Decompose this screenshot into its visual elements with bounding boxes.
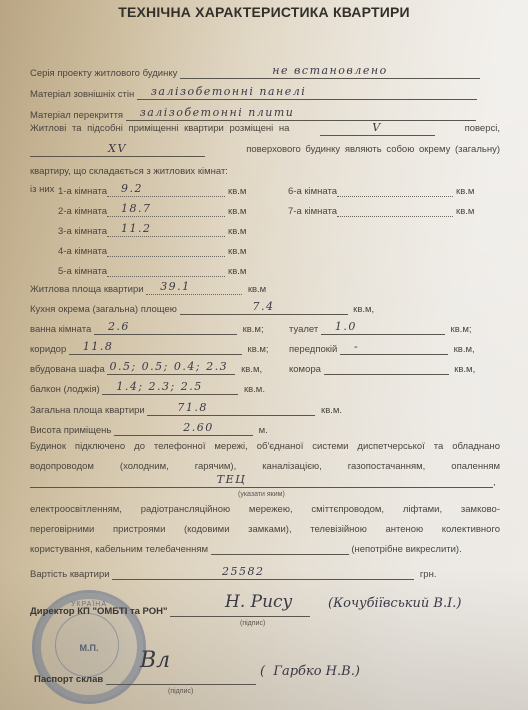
room-row: 2-а кімната18.7кв.м	[58, 204, 246, 217]
floor-slabs-field: залізобетонні плити	[126, 108, 476, 121]
closet-field: 0.5; 0.5; 0.4; 2.3	[107, 362, 235, 375]
total-area-label: Загальна площа квартири	[30, 405, 145, 416]
room-unit: кв.м	[228, 246, 246, 257]
ceiling-height-row: Висота приміщень 2.60 м.	[30, 423, 268, 436]
room-row: 3-а кімната11.2кв.м	[58, 224, 246, 237]
corridor-unit: кв.м;	[248, 344, 269, 355]
director-signature-note: (підпис)	[240, 620, 265, 627]
room-row: 4-а кімнатакв.м	[58, 244, 246, 257]
utilities-line-3: електроосвітленням, радіотрансляційною м…	[30, 504, 500, 515]
room-label: 4-а кімната	[58, 246, 107, 257]
heating-note: (указати яким)	[238, 491, 285, 498]
floor-slabs-value: залізобетонні плити	[126, 106, 476, 119]
storeys-value: XV	[30, 142, 205, 155]
corridor-value: 11.8	[69, 340, 242, 353]
total-area-row: Загальна площа квартири 71.8 кв.м.	[30, 403, 342, 416]
ceiling-height-label: Висота приміщень	[30, 425, 111, 436]
location-row-3: квартиру, що складається з житлових кімн…	[30, 166, 228, 177]
bathroom-field: 2.6	[94, 322, 237, 335]
cable-tv-field	[211, 542, 349, 555]
room-label: 2-а кімната	[58, 206, 107, 217]
corridor-field: 11.8	[69, 342, 242, 355]
balcony-row: балкон (лоджія) 1.4; 2.3; 2.5 кв.м.	[30, 382, 265, 395]
floor-slabs-label: Матеріал перекриття	[30, 110, 123, 121]
corridor-label: коридор	[30, 344, 66, 355]
room-row: 5-а кімнатакв.м	[58, 264, 246, 277]
outer-walls-value: залізобетонні панелі	[137, 85, 477, 98]
compiler-signature-field	[106, 672, 256, 685]
storeys-field: XV	[30, 144, 205, 157]
room-unit: кв.м	[228, 266, 246, 277]
cost-label: Вартість квартири	[30, 569, 110, 580]
room-value: 9.2	[107, 182, 225, 195]
floor-field: V	[320, 123, 435, 136]
cost-value: 25582	[112, 565, 414, 578]
compiler-name: ( Гарбко Н.В.)	[260, 664, 360, 679]
storage-field	[324, 362, 449, 375]
outer-walls-field: залізобетонні панелі	[137, 87, 477, 100]
storage-label: комора	[289, 364, 321, 375]
closet-unit: кв.м,	[241, 364, 262, 375]
storeys-suffix: поверхового будинку являють собою окрему…	[246, 144, 500, 157]
room-unit: кв.м	[228, 226, 246, 237]
room-field: 11.2	[107, 224, 225, 237]
room-field: 18.7	[107, 204, 225, 217]
hallway-value: -	[340, 340, 448, 353]
ceiling-height-unit: м.	[259, 425, 268, 436]
total-area-value: 71.8	[147, 401, 315, 414]
room-label: 7-а кімната	[288, 206, 337, 217]
hallway-unit: кв.м,	[454, 344, 475, 355]
ceiling-height-field: 2.60	[114, 423, 253, 436]
total-area-unit: кв.м.	[321, 405, 342, 416]
director-name: (Кочубіївський В.І.)	[328, 596, 461, 611]
cross-out-note: (непотрібне викреслити).	[351, 544, 461, 555]
project-series-row: Серія проекту житлового будинку не встан…	[30, 66, 480, 79]
compiler-row: Паспорт склав	[34, 672, 256, 685]
cost-unit: грн.	[420, 569, 437, 580]
room-value: 18.7	[107, 202, 225, 215]
cable-tv-label: користування, кабельним телебаченням	[30, 544, 208, 555]
kitchen-value: 7.4	[180, 300, 348, 313]
hallway-row: передпокій - кв.м,	[289, 342, 475, 355]
storage-unit: кв.м,	[454, 364, 475, 375]
utilities-line-2: водопроводом (холодним, гарячим), каналі…	[30, 461, 500, 472]
living-area-row: Житлова площа квартири 39.1 кв.м	[30, 282, 266, 295]
project-series-value: не встановлено	[180, 64, 480, 77]
project-series-label: Серія проекту житлового будинку	[30, 68, 177, 79]
toilet-field: 1.0	[321, 322, 445, 335]
compiler-signature: Вл	[140, 648, 170, 673]
cost-field: 25582	[112, 567, 414, 580]
balcony-value: 1.4; 2.3; 2.5	[102, 380, 238, 393]
ceiling-height-value: 2.60	[114, 421, 253, 434]
total-area-field: 71.8	[147, 403, 315, 416]
room-row: 1-а кімната9.2кв.м	[58, 184, 246, 197]
heating-row: ТЕЦ,	[30, 475, 496, 488]
location-row-2: XV поверхового будинку являють собою окр…	[30, 144, 500, 157]
living-area-value: 39.1	[146, 280, 242, 293]
living-area-field: 39.1	[146, 282, 242, 295]
stamp-mp-text: М.П.	[35, 643, 143, 653]
cost-row: Вартість квартири 25582 грн.	[30, 567, 436, 580]
toilet-label: туалет	[289, 324, 318, 335]
project-series-field: не встановлено	[180, 66, 480, 79]
kitchen-unit: кв.м,	[353, 304, 374, 315]
document-title: ТЕХНІЧНА ХАРАКТЕРИСТИКА КВАРТИРИ	[0, 4, 528, 20]
kitchen-field: 7.4	[180, 302, 348, 315]
living-area-label: Житлова площа квартири	[30, 284, 144, 295]
hallway-label: передпокій	[289, 344, 337, 355]
heating-field: ТЕЦ	[30, 475, 493, 488]
room-unit: кв.м	[228, 186, 246, 197]
room-field: 9.2	[107, 184, 225, 197]
director-label: Директор КП "ОМБТІ та РОН"	[30, 606, 168, 617]
toilet-unit: кв.м;	[451, 324, 472, 335]
location-text: Житлові та підсобні приміщенні квартири …	[30, 123, 289, 136]
room-field	[107, 244, 225, 257]
director-signature: Н. Рису	[225, 592, 292, 612]
living-area-unit: кв.м	[248, 284, 266, 295]
room-unit: кв.м	[456, 186, 474, 197]
utilities-line-4: переговірними пристроями (кодовими замка…	[30, 524, 500, 535]
kitchen-label: Кухня окрема (загальна) площею	[30, 304, 177, 315]
bathroom-label: ванна кімната	[30, 324, 91, 335]
room-label: 1-а кімната	[58, 186, 107, 197]
room-value: 11.2	[107, 222, 225, 235]
outer-walls-row: Матеріал зовнішніх стін залізобетонні па…	[30, 87, 477, 100]
bathroom-row: ванна кімната 2.6 кв.м;	[30, 322, 264, 335]
room-field	[337, 204, 453, 217]
room-label: 6-а кімната	[288, 186, 337, 197]
utilities-line-1: Будинок підключено до телефонної мережі,…	[30, 441, 500, 452]
hallway-field: -	[340, 342, 448, 355]
director-name-text: Кочубіївський В.І.	[333, 596, 456, 611]
rooms-prefix: із них	[30, 184, 54, 195]
room-label: 5-а кімната	[58, 266, 107, 277]
toilet-value: 1.0	[321, 320, 445, 333]
utilities-line-5: користування, кабельним телебаченням (не…	[30, 542, 462, 555]
room-field	[107, 264, 225, 277]
room-unit: кв.м	[456, 206, 474, 217]
kitchen-row: Кухня окрема (загальна) площею 7.4 кв.м,	[30, 302, 374, 315]
toilet-row: туалет 1.0 кв.м;	[289, 322, 472, 335]
floor-slabs-row: Матеріал перекриття залізобетонні плити	[30, 108, 476, 121]
closet-label: вбудована шафа	[30, 364, 105, 375]
room-field	[337, 184, 453, 197]
compiler-label: Паспорт склав	[34, 674, 103, 685]
balcony-unit: кв.м.	[244, 384, 265, 395]
room-label: 3-а кімната	[58, 226, 107, 237]
balcony-field: 1.4; 2.3; 2.5	[102, 382, 238, 395]
bathroom-unit: кв.м;	[243, 324, 264, 335]
balcony-label: балкон (лоджія)	[30, 384, 100, 395]
location-row-1: Житлові та підсобні приміщенні квартири …	[30, 123, 500, 136]
room-unit: кв.м	[228, 206, 246, 217]
compiler-signature-note: (підпис)	[168, 688, 193, 695]
outer-walls-label: Матеріал зовнішніх стін	[30, 89, 134, 100]
room-row: 6-а кімнатакв.м	[288, 184, 474, 197]
closet-row: вбудована шафа 0.5; 0.5; 0.4; 2.3 кв.м,	[30, 362, 262, 375]
heating-value: ТЕЦ	[30, 473, 493, 486]
floor-suffix: поверсі,	[465, 123, 500, 136]
compiler-name-text: Гарбко Н.В.	[273, 664, 355, 679]
closet-value: 0.5; 0.5; 0.4; 2.3	[107, 360, 235, 373]
corridor-row: коридор 11.8 кв.м;	[30, 342, 269, 355]
room-row: 7-а кімнатакв.м	[288, 204, 474, 217]
storage-row: комора кв.м,	[289, 362, 475, 375]
bathroom-value: 2.6	[94, 320, 237, 333]
floor-value: V	[320, 121, 435, 134]
